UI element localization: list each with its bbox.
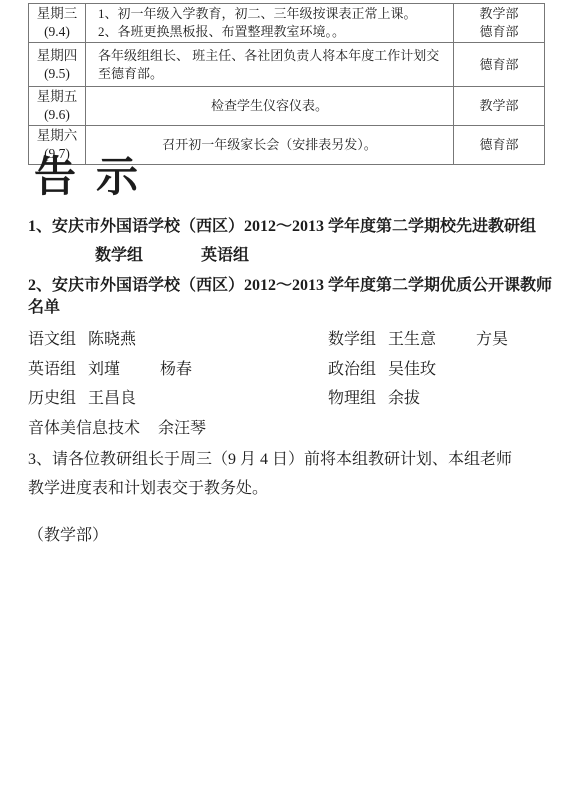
day-label: 星期五 xyxy=(29,88,85,106)
teacher-row: 历史组王昌良 物理组余拔 xyxy=(28,384,556,414)
content-line: 各年级组组长、 班主任、各社团负责人将本年度工作计划交至德育部。 xyxy=(98,47,447,83)
content-line: 2、各班更换黑板报、布置整理教室环境。。 xyxy=(98,23,447,41)
teacher-row-left: 英语组刘瑾杨春 xyxy=(28,355,328,385)
document-page: 星期三 (9.4) 1、初一年级入学教育，初二、三年级按课表正常上课。 2、各班… xyxy=(0,0,582,800)
teacher-row-left: 音体美信息技术余汪琴 xyxy=(28,414,328,444)
item-3-text: 3、请各位教研组长于周三（9 月 4 日）前将本组教研计划、本组老师 xyxy=(28,445,556,474)
teacher-row: 英语组刘瑾杨春 政治组吴佳玫 xyxy=(28,355,556,385)
notice-heading: 告示 xyxy=(34,152,556,202)
table-row: 星期四 (9.5) 各年级组组长、 班主任、各社团负责人将本年度工作计划交至德育… xyxy=(29,43,545,87)
day-label: 星期四 xyxy=(29,47,85,65)
teacher-name: 陈晓燕 xyxy=(88,331,136,348)
content-cell: 1、初一年级入学教育，初二、三年级按课表正常上课。 2、各班更换黑板报、布置整理… xyxy=(86,4,454,43)
teacher-row-right: 数学组王生意方昊 xyxy=(328,325,508,355)
teacher-row-right: 物理组余拔 xyxy=(328,384,420,414)
teacher-name: 吴佳玫 xyxy=(388,361,436,378)
teacher-row-left: 语文组陈晓燕 xyxy=(28,325,328,355)
day-label: 星期六 xyxy=(29,127,85,145)
group-label: 英语组 xyxy=(28,361,76,378)
teacher-name: 方昊 xyxy=(476,331,508,348)
teacher-list: 语文组陈晓燕 数学组王生意方昊 英语组刘瑾杨春 政治组吴佳玫 历史组王昌良 xyxy=(28,325,556,443)
table-row: 星期五 (9.6) 检查学生仪容仪表。 教学部 xyxy=(29,87,545,126)
day-cell: 星期三 (9.4) xyxy=(29,4,86,43)
group-label: 政治组 xyxy=(328,361,376,378)
dept-label: 德育部 xyxy=(454,56,544,74)
dept-label: 教学部 xyxy=(454,5,544,23)
teacher-name: 杨春 xyxy=(160,361,192,378)
content-cell: 检查学生仪容仪表。 xyxy=(86,87,454,126)
date-label: (9.6) xyxy=(29,106,85,124)
teacher-name: 刘瑾 xyxy=(88,361,120,378)
content-cell: 各年级组组长、 班主任、各社团负责人将本年度工作计划交至德育部。 xyxy=(86,43,454,87)
teacher-row-right: 政治组吴佳玫 xyxy=(328,355,436,385)
content-line: 检查学生仪容仪表。 xyxy=(86,97,453,115)
dept-label: 德育部 xyxy=(454,23,544,41)
item-3-continuation: 教学进度表和计划表交于教务处。 xyxy=(28,474,556,503)
dept-label: 教学部 xyxy=(454,97,544,115)
group-label: 音体美信息技术 xyxy=(28,420,140,437)
group-label: 语文组 xyxy=(28,331,76,348)
content-line: 1、初一年级入学教育，初二、三年级按课表正常上课。 xyxy=(98,5,447,23)
item-1-text: 1、安庆市外国语学校（西区）2012～2013 学年度第二学期校先进教研组 xyxy=(28,216,556,238)
dept-cell: 教学部 德育部 xyxy=(454,4,545,43)
item-2-text: 2、安庆市外国语学校（西区）2012～2013 学年度第二学期优质公开课教师名单 xyxy=(28,275,556,319)
day-cell: 星期五 (9.6) xyxy=(29,87,86,126)
group-highlight: 数学组 xyxy=(95,247,143,264)
table-row: 星期三 (9.4) 1、初一年级入学教育，初二、三年级按课表正常上课。 2、各班… xyxy=(29,4,545,43)
teacher-row-left: 历史组王昌良 xyxy=(28,384,328,414)
teacher-name: 余汪琴 xyxy=(158,420,206,437)
teacher-name: 王生意 xyxy=(388,331,436,348)
notice-section: 告示 1、安庆市外国语学校（西区）2012～2013 学年度第二学期校先进教研组… xyxy=(28,152,556,547)
group-highlight: 英语组 xyxy=(201,247,249,264)
dept-cell: 教学部 xyxy=(454,87,545,126)
teacher-row: 语文组陈晓燕 数学组王生意方昊 xyxy=(28,325,556,355)
day-label: 星期三 xyxy=(29,5,85,23)
day-cell: 星期四 (9.5) xyxy=(29,43,86,87)
group-label: 数学组 xyxy=(328,331,376,348)
teacher-name: 余拔 xyxy=(388,390,420,407)
group-label: 历史组 xyxy=(28,390,76,407)
dept-cell: 德育部 xyxy=(454,43,545,87)
schedule-table: 星期三 (9.4) 1、初一年级入学教育，初二、三年级按课表正常上课。 2、各班… xyxy=(28,3,545,165)
teacher-row: 音体美信息技术余汪琴 xyxy=(28,414,556,444)
date-label: (9.4) xyxy=(29,23,85,41)
date-label: (9.5) xyxy=(29,65,85,83)
group-label: 物理组 xyxy=(328,390,376,407)
teacher-name: 王昌良 xyxy=(88,390,136,407)
item-1-groups: 数学组英语组 xyxy=(28,244,556,268)
signature: （教学部） xyxy=(28,525,556,547)
